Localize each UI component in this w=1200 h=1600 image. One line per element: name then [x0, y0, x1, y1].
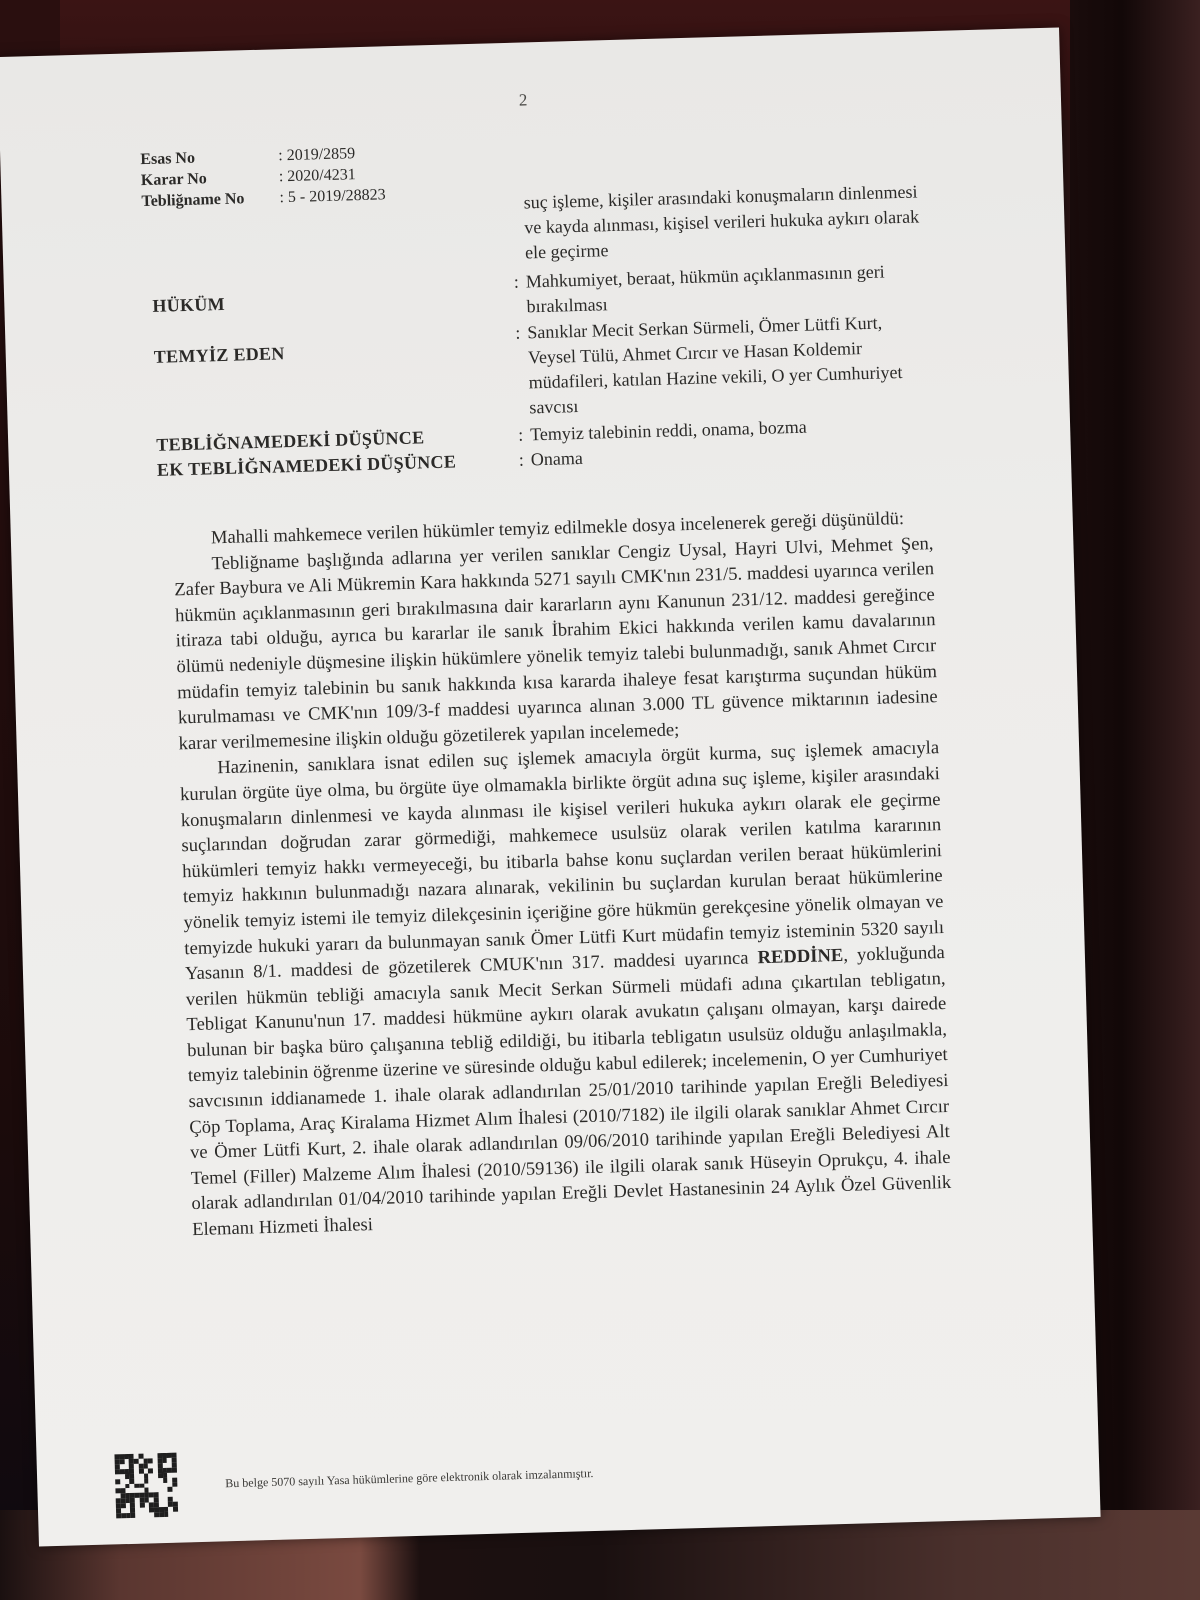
ek-tebligname-dusunce-colon: : [519, 447, 532, 472]
qr-code-icon [114, 1453, 178, 1519]
karar-no-value: : 2020/4231 [279, 164, 356, 187]
tebligname-no-label: Tebliğname No [141, 187, 280, 212]
e-signature-note: Bu belge 5070 sayılı Yasa hükümlerine gö… [225, 1466, 594, 1491]
ruling-text-after: , yokluğunda verilen hükmün tebliği amac… [185, 942, 951, 1240]
paragraph-ruling: Hazinenin, sanıklara isnat edilen suç iş… [179, 735, 952, 1242]
tebligname-no-value: : 5 - 2019/28823 [279, 184, 386, 208]
paragraph-scope: Tebliğname başlığında adlarına yer veril… [173, 531, 938, 757]
charges-continuation: suç işleme, kişiler arasındaki konuşmala… [523, 179, 925, 265]
document-page: 2 Esas No : 2019/2859 Karar No : 2020/42… [0, 27, 1101, 1546]
temyiz-eden-value: Sanıklar Mecit Serkan Sürmeli, Ömer Lütf… [527, 309, 922, 420]
case-info: Esas No : 2019/2859 Karar No : 2020/4231… [140, 142, 386, 212]
hukum-label: HÜKÜM [152, 270, 515, 319]
ruling-reddine: REDDİNE [757, 945, 843, 968]
esas-no-value: : 2019/2859 [278, 143, 355, 166]
temyiz-eden-colon: : [515, 320, 528, 345]
tebligname-dusunce-colon: : [518, 422, 531, 447]
hukum-colon: : [514, 269, 527, 294]
page-number: 2 [519, 90, 528, 110]
decision-body: Mahalli mahkemece verilen hükümler temyi… [173, 505, 953, 1243]
header-field-temyiz-eden: TEMYİZ EDEN : Sanıklar Mecit Serkan Sürm… [153, 309, 925, 430]
document-footer: Bu belge 5070 sayılı Yasa hükümlerine gö… [114, 1441, 594, 1518]
